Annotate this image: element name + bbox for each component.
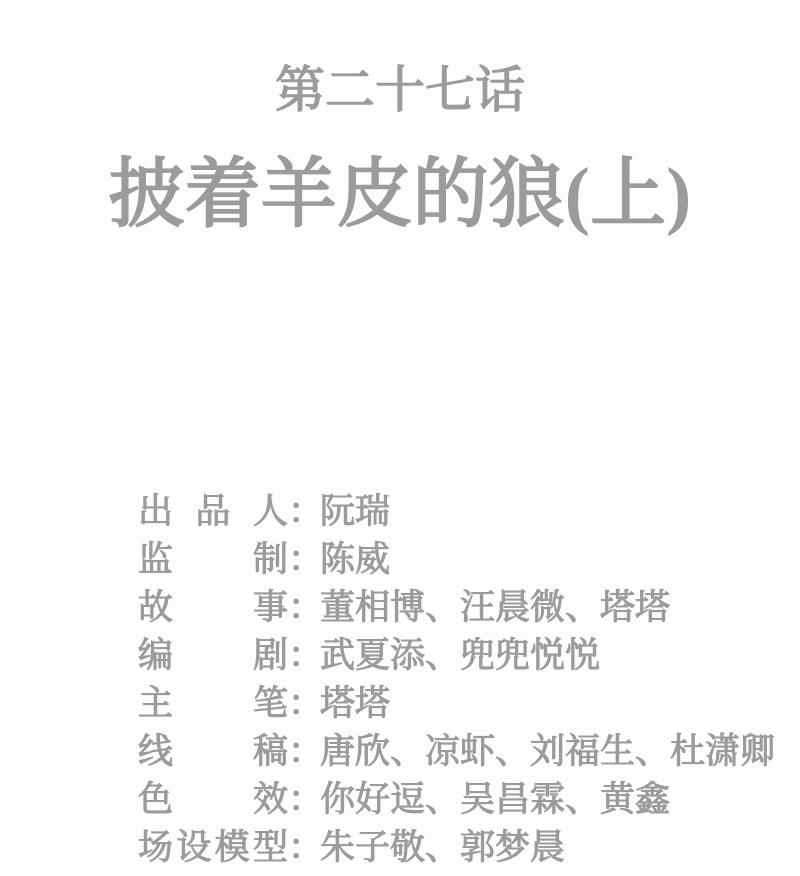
credit-role-label: 主笔	[138, 680, 288, 728]
comic-title-page: { "page": { "chapter_number": "第二十七话", "…	[0, 0, 800, 876]
credit-colon: ：	[288, 584, 320, 632]
credit-names: 唐欣、凉虾、刘福生、杜潇卿	[320, 728, 775, 776]
credit-row-producer: 出品人 ： 阮瑞	[138, 488, 775, 536]
credit-role-label: 编剧	[138, 632, 288, 680]
credit-names: 你好逗、吴昌霖、黄鑫	[320, 776, 670, 824]
credit-names: 陈威	[320, 536, 390, 584]
credit-names: 武夏添、兜兜悦悦	[320, 632, 600, 680]
credit-role-label: 线稿	[138, 728, 288, 776]
credit-row-color-effects: 色效 ： 你好逗、吴昌霖、黄鑫	[138, 776, 775, 824]
credit-row-supervisor: 监制 ： 陈威	[138, 536, 775, 584]
credit-row-story: 故事 ： 董相博、汪晨微、塔塔	[138, 584, 775, 632]
credit-role-label: 场设模型	[138, 824, 288, 872]
credit-names: 董相博、汪晨微、塔塔	[320, 584, 670, 632]
credit-role-label: 出品人	[138, 488, 288, 536]
credit-colon: ：	[288, 536, 320, 584]
credit-names: 朱子敬、郭梦晨	[320, 824, 565, 872]
credit-row-line-art: 线稿 ： 唐欣、凉虾、刘福生、杜潇卿	[138, 728, 775, 776]
credit-colon: ：	[288, 632, 320, 680]
credit-row-set-models: 场设模型 ： 朱子敬、郭梦晨	[138, 824, 775, 872]
credit-names: 塔塔	[320, 680, 390, 728]
credit-colon: ：	[288, 776, 320, 824]
credit-role-label: 色效	[138, 776, 288, 824]
credit-colon: ：	[288, 680, 320, 728]
credit-row-screenwriter: 编剧 ： 武夏添、兜兜悦悦	[138, 632, 775, 680]
chapter-title-heading: 披着羊皮的狼(上)	[0, 150, 800, 241]
credit-role-label: 监制	[138, 536, 288, 584]
credits-list: 出品人 ： 阮瑞 监制 ： 陈威 故事 ： 董相博、汪晨微、塔塔 编剧 ： 武夏…	[138, 488, 775, 872]
credit-colon: ：	[288, 488, 320, 536]
credit-role-label: 故事	[138, 584, 288, 632]
title-card: 第二十七话 披着羊皮的狼(上) 出品人 ： 阮瑞 监制 ： 陈威 故事 ： 董相…	[0, 0, 800, 876]
credit-row-lead-artist: 主笔 ： 塔塔	[138, 680, 775, 728]
credit-names: 阮瑞	[320, 488, 390, 536]
credit-colon: ：	[288, 824, 320, 872]
chapter-number-heading: 第二十七话	[0, 62, 800, 120]
credit-colon: ：	[288, 728, 320, 776]
